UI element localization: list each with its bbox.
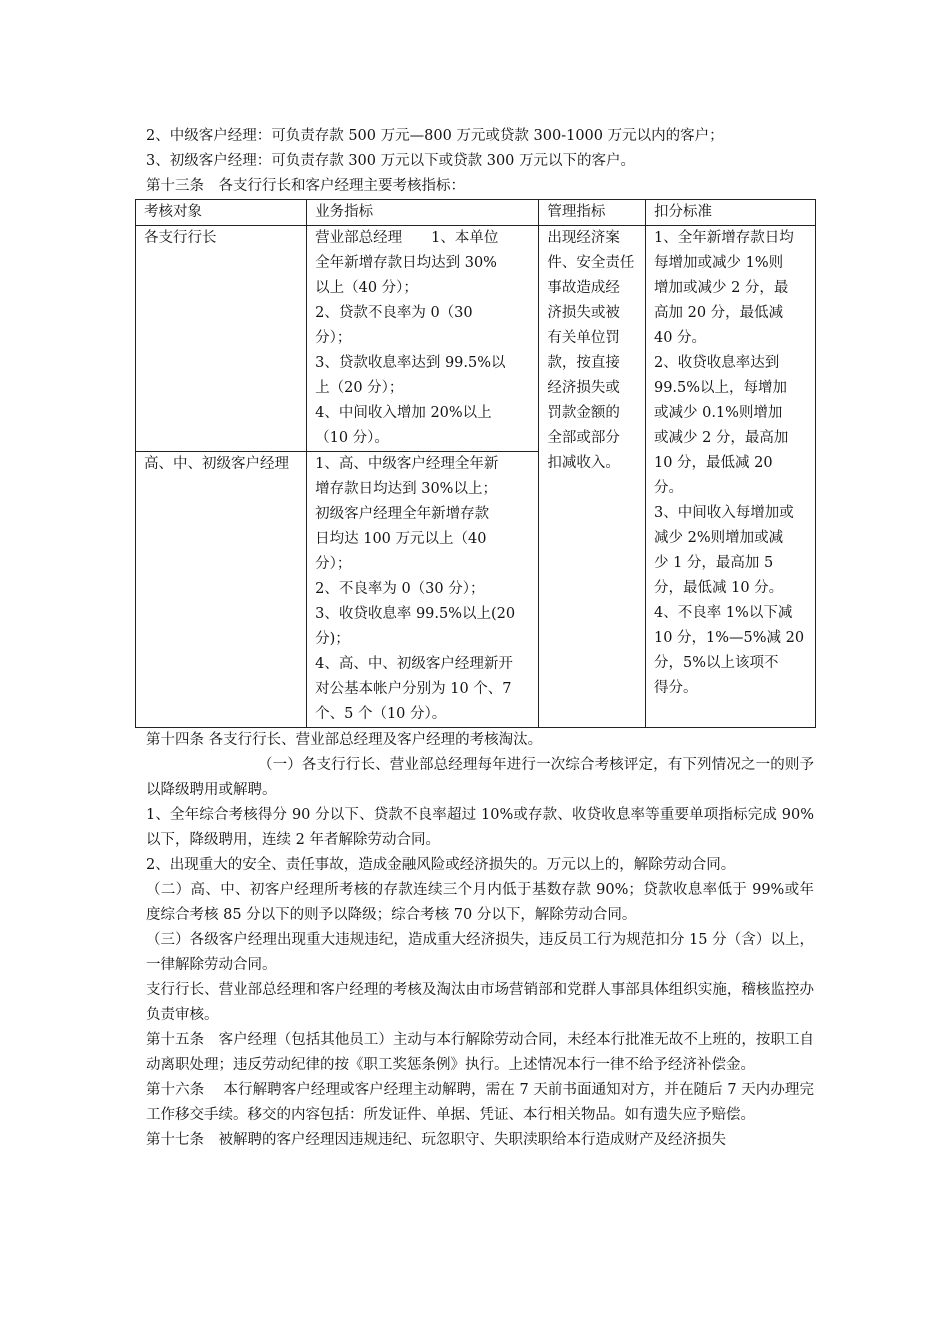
management-line: 有关单位罚 — [547, 326, 637, 351]
business-line: 2、贷款不良率为 0（30 — [315, 301, 530, 326]
business-line: 营业部总经理 1、本单位 — [315, 226, 530, 251]
deduction-line: 或减少 2 分，最高加 — [654, 426, 807, 451]
deduction-line: 99.5%以上，每增加 — [654, 376, 807, 401]
deduction-line: 40 分。 — [654, 326, 807, 351]
deduction-line: 10 分，最低减 20 — [654, 451, 807, 476]
business-line: 初级客户经理全年新增存款 — [315, 502, 530, 527]
article-16: 第十六条 本行解聘客户经理或客户经理主动解聘，需在 7 天前书面通知对方，并在随… — [146, 1078, 814, 1128]
table-header-row: 考核对象 业务指标 管理指标 扣分标准 — [136, 200, 816, 226]
table-row-branch-heads: 各支行行长 营业部总经理 1、本单位 全年新增存款日均达到 30% 以上（40 … — [136, 226, 816, 452]
header-management-indicators: 管理指标 — [539, 200, 646, 226]
deduction-line: 4、不良率 1%以下减 — [654, 601, 807, 626]
business-line: 个、5 个（10 分）。 — [315, 702, 530, 727]
business-line: 3、贷款收息率达到 99.5%以 — [315, 351, 530, 376]
intro-line-junior-manager: 3、初级客户经理：可负责存款 300 万元以下或贷款 300 万元以下的客户。 — [146, 149, 814, 174]
article-14-heading: 第十四条 各支行行长、营业部总经理及客户经理的考核淘汰。 — [146, 728, 814, 753]
cell-deduction-standard: 1、全年新增存款日均 每增加或减少 1%则 增加或减少 2 分，最 高加 20 … — [645, 226, 815, 728]
management-line: 济损失或被 — [547, 301, 637, 326]
management-line: 出现经济案 — [547, 226, 637, 251]
deduction-line: 2、收贷收息率达到 — [654, 351, 807, 376]
deduction-line: 减少 2%则增加或减 — [654, 526, 807, 551]
business-line: 以上（40 分）； — [315, 276, 530, 301]
deduction-line: 增加或减少 2 分，最 — [654, 276, 807, 301]
deduction-line: 分，最低减 10 分。 — [654, 576, 807, 601]
cell-business-account-managers: 1、高、中级客户经理全年新 增存款日均达到 30%以上； 初级客户经理全年新增存… — [307, 452, 539, 728]
article-14-item-2: 2、出现重大的安全、责任事故，造成金融风险或经济损失的。万元以上的，解除劳动合同… — [146, 853, 814, 878]
business-line: 1、高、中级客户经理全年新 — [315, 452, 530, 477]
deduction-line: 少 1 分，最高加 5 — [654, 551, 807, 576]
article-14-clause-3: （三）各级客户经理出现重大违规违纪，造成重大经济损失，违反员工行为规范扣分 15… — [146, 928, 814, 978]
management-line: 扣减收入。 — [547, 451, 637, 476]
business-line: 4、高、中、初级客户经理新开 — [315, 652, 530, 677]
management-line: 罚款金额的 — [547, 401, 637, 426]
business-line: 日均达 100 万元以上（40 — [315, 527, 530, 552]
management-line: 经济损失或 — [547, 376, 637, 401]
deduction-line: 分。 — [654, 476, 807, 501]
article-14-clause-2: （二）高、中、初客户经理所考核的存款连续三个月内低于基数存款 90%；贷款收息率… — [146, 878, 814, 928]
management-line: 件、安全责任 — [547, 251, 637, 276]
deduction-line: 每增加或减少 1%则 — [654, 251, 807, 276]
article-14-item-1: 1、全年综合考核得分 90 分以下、贷款不良率超过 10%或存款、收贷收息率等重… — [146, 803, 814, 853]
article-14-implementation-note: 支行行长、营业部总经理和客户经理的考核及淘汰由市场营销部和党群人事部具体组织实施… — [146, 978, 814, 1028]
article-17: 第十七条 被解聘的客户经理因违规违纪、玩忽职守、失职渎职给本行造成财产及经济损失 — [146, 1128, 814, 1153]
deduction-line: 得分。 — [654, 676, 807, 701]
deduction-line: 高加 20 分，最低减 — [654, 301, 807, 326]
business-line: 2、不良率为 0（30 分）； — [315, 577, 530, 602]
cell-business-branch-heads: 营业部总经理 1、本单位 全年新增存款日均达到 30% 以上（40 分）； 2、… — [307, 226, 539, 452]
article-13-heading: 第十三条 各支行行长和客户经理主要考核指标： — [146, 174, 814, 199]
business-line: 对公基本帐户分别为 10 个、7 — [315, 677, 530, 702]
deduction-line: 10 分，1%—5%减 20 — [654, 626, 807, 651]
deduction-line: 或减少 0.1%则增加 — [654, 401, 807, 426]
cell-target-branch-heads: 各支行行长 — [136, 226, 307, 452]
business-line: （10 分）。 — [315, 426, 530, 451]
header-business-indicators: 业务指标 — [307, 200, 539, 226]
deduction-line: 3、中间收入每增加或 — [654, 501, 807, 526]
business-line: 分）； — [315, 552, 530, 577]
business-line: 3、收贷收息率 99.5%以上(20 — [315, 602, 530, 627]
management-line: 全部或部分 — [547, 426, 637, 451]
deduction-line: 1、全年新增存款日均 — [654, 226, 807, 251]
deduction-line: 分，5%以上该项不 — [654, 651, 807, 676]
business-line: 增存款日均达到 30%以上； — [315, 477, 530, 502]
business-line: 分)； — [315, 627, 530, 652]
intro-line-mid-level-manager: 2、中级客户经理：可负责存款 500 万元—800 万元或贷款 300-1000… — [146, 124, 814, 149]
article-14-clause-1: （一）各支行行长、营业部总经理每年进行一次综合考核评定，有下列情况之一的则予以降… — [146, 753, 814, 803]
business-line: 全年新增存款日均达到 30% — [315, 251, 530, 276]
business-line: 4、中间收入增加 20%以上 — [315, 401, 530, 426]
management-line: 事故造成经 — [547, 276, 637, 301]
business-line: 上（20 分）； — [315, 376, 530, 401]
business-line: 分）； — [315, 326, 530, 351]
cell-management-indicators: 出现经济案 件、安全责任 事故造成经 济损失或被 有关单位罚 款，按直接 经济损… — [539, 226, 646, 728]
header-deduction-standard: 扣分标准 — [645, 200, 815, 226]
document-page: 2、中级客户经理：可负责存款 500 万元—800 万元或贷款 300-1000… — [146, 124, 814, 1153]
assessment-indicators-table: 考核对象 业务指标 管理指标 扣分标准 各支行行长 营业部总经理 1、本单位 全… — [135, 199, 816, 728]
header-assessment-target: 考核对象 — [136, 200, 307, 226]
management-line: 款，按直接 — [547, 351, 637, 376]
article-15: 第十五条 客户经理（包括其他员工）主动与本行解除劳动合同，未经本行批准无故不上班… — [146, 1028, 814, 1078]
cell-target-account-managers: 高、中、初级客户经理 — [136, 452, 307, 728]
